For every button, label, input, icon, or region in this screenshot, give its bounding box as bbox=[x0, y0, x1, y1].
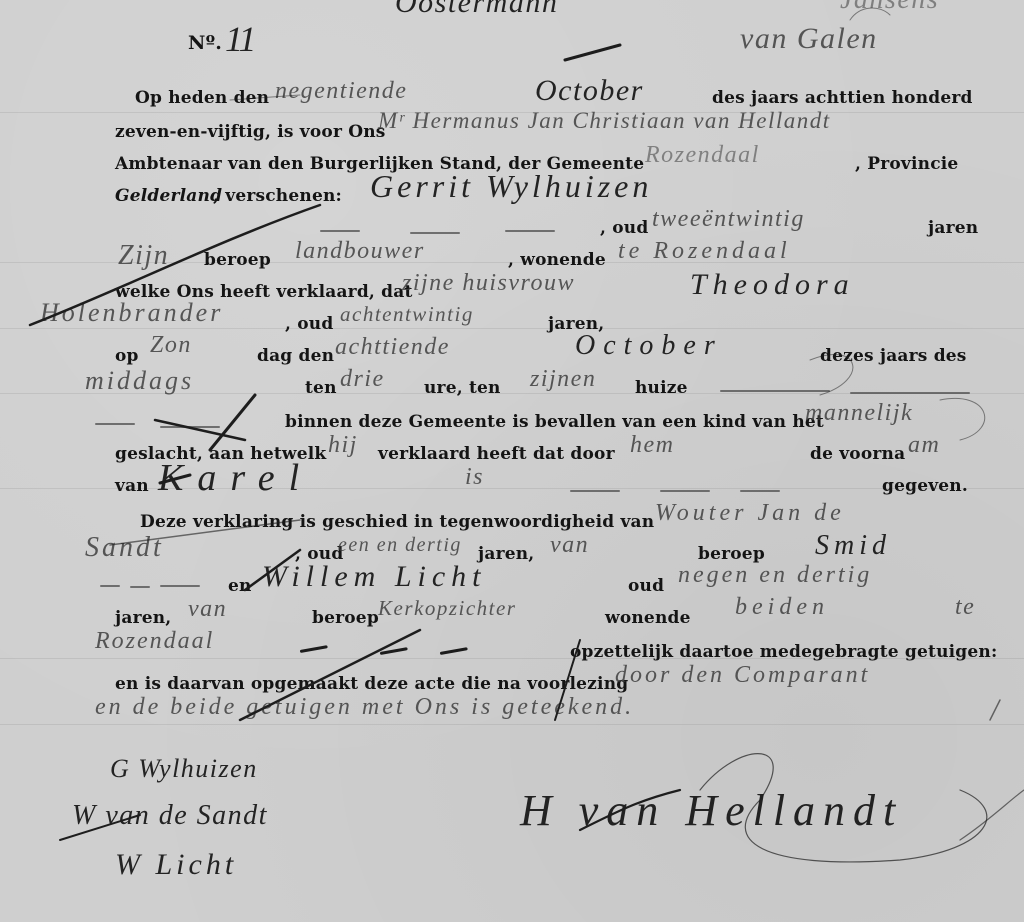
register-page: Oostermann Jansens van Galen Nº. 11 Op h… bbox=[0, 0, 1024, 922]
pen-flourishes bbox=[0, 0, 1024, 922]
